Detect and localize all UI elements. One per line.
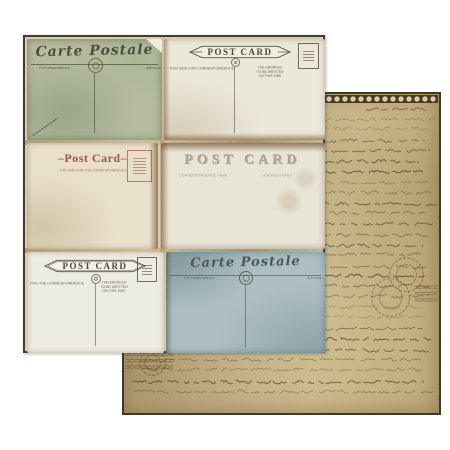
- torn-corner: [146, 39, 162, 53]
- post-card-banner: POST CARD: [43, 258, 147, 274]
- post-card-banner: POST CARD: [188, 44, 292, 60]
- correspondence-label: THE ONE FOR THE CORRESPONDENCE: [59, 169, 126, 172]
- correspondance-label: Correspondance: [39, 66, 89, 73]
- adresse-label: Adresse: [146, 66, 162, 73]
- product-image: Carte Postale Correspondance Adresse POS…: [0, 0, 450, 450]
- divider-line: [245, 285, 246, 347]
- crack-line: [32, 118, 57, 136]
- stamp-box: [127, 150, 152, 182]
- stamp-box: [298, 43, 319, 69]
- postcard-title: POST CARD: [62, 261, 127, 271]
- postcard-title: POST CARD: [207, 47, 272, 57]
- postcard-post-card-arrow-top: POST CARD THIS SIDE FOR CORRESPONDENCE T…: [164, 39, 325, 140]
- correspondance-label: Correspondance: [184, 276, 234, 283]
- postcard-title: POST CARD: [161, 153, 325, 169]
- divider-line: [94, 73, 95, 133]
- postcard-blue-carte-postale: Carte Postale Correspondance Adresse: [166, 252, 325, 353]
- postcard-post-card-red: –Post Card– THE ONE FOR THE CORRESPONDEN…: [27, 143, 158, 249]
- address-side-label: THE ADDRESS TO BE WRITTEN ON THIS SIDE: [244, 66, 296, 89]
- front-sheet-postcards: Carte Postale Correspondance Adresse POS…: [23, 35, 325, 353]
- correspondence-here-label: CORRESPONDENCE HERE: [179, 174, 257, 180]
- postcard-post-card-arrow-bottom: POST CARD FOR THE CORRESPONDENCE THE ADD…: [27, 252, 164, 353]
- divider-line: [234, 67, 235, 133]
- stamp-box: [137, 257, 157, 282]
- address-side-label: THE ADDRESS TO BE WRITTEN ON THIS SIDE: [89, 281, 139, 304]
- stamp-ornament-icon: [88, 58, 103, 73]
- adresse-label: Adresse: [307, 276, 325, 283]
- postcard-green-carte-postale: Carte Postale Correspondance Adresse: [27, 39, 162, 140]
- divider-line: [95, 284, 96, 346]
- banner-ornament-icon: [231, 58, 240, 67]
- address-only-label: ADDRESS ONLY: [263, 174, 310, 180]
- stamp-ornament-icon: [239, 271, 253, 285]
- postcard-title: Carte Postale: [166, 254, 325, 272]
- postcard-post-card-ornate: POST CARD CORRESPONDENCE HERE ADDRESS ON…: [161, 143, 325, 249]
